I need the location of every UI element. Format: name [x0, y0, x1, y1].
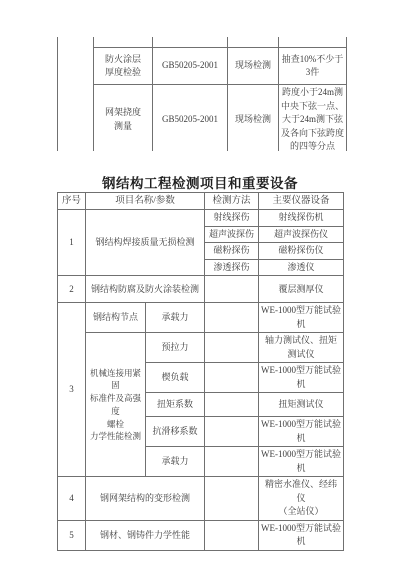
cell-method-empty [205, 363, 259, 393]
cell-param: 承载力 [146, 303, 205, 333]
cell-method: 渗透探伤 [205, 259, 259, 276]
cutoff-cell [153, 37, 228, 48]
cell-equipment: WE-1000型万能试验机 [259, 447, 344, 477]
cell-equipment: 扭矩测试仪 [259, 393, 344, 417]
top-table-cutoff-row [58, 37, 347, 48]
cell-item-name: 钢结构焊接质量无损检测 [86, 210, 205, 276]
header-method: 检测方法 [205, 193, 259, 210]
header-name: 项目名称/参数 [86, 193, 205, 210]
table-row: 1 钢结构焊接质量无损检测 射线探伤 射线探伤机 [58, 210, 344, 227]
cell-method-empty [205, 447, 259, 477]
top-table-empty-col [58, 37, 94, 151]
cell-item-name: 机械连接用紧固 标准件及高强度 螺栓 力学性能检测 [86, 333, 146, 477]
cell-method: 现场检测 [228, 48, 279, 85]
cell-standard: GB50205-2001 [153, 85, 228, 152]
cell-equipment: WE-1000型万能试验机 [259, 303, 344, 333]
header-no: 序号 [58, 193, 86, 210]
cell-method-empty [205, 333, 259, 363]
cell-standard: GB50205-2001 [153, 48, 228, 85]
cell-method: 磁粉探伤 [205, 243, 259, 260]
top-table: 防火涂层 厚度检验 GB50205-2001 现场检测 抽查10%不少于3件 网… [57, 37, 347, 151]
main-table-header-row: 序号 项目名称/参数 检测方法 主要仪器设备 [58, 193, 344, 210]
cell-item-name: 钢结构防腐及防火涂装检测 [86, 276, 205, 303]
cutoff-cell [279, 37, 347, 48]
cell-equipment: WE-1000型万能试验机 [259, 520, 344, 550]
cell-equipment: 超声波探伤仪 [259, 226, 344, 243]
top-table-row: 网架挠度 测量 GB50205-2001 现场检测 跨度小于24m测中央下弦一点… [58, 85, 347, 152]
cell-method: 超声波探伤 [205, 226, 259, 243]
cell-method-empty [205, 477, 259, 521]
cell-param: 抗滑移系数 [146, 417, 205, 447]
cell-equipment: 射线探伤机 [259, 210, 344, 227]
cell-item-name: 钢结构节点 [86, 303, 146, 333]
cell-equipment: 渗透仪 [259, 259, 344, 276]
cell-param: 预拉力 [146, 333, 205, 363]
cell-no: 1 [58, 210, 86, 276]
cell-no: 4 [58, 477, 86, 521]
cell-note: 跨度小于24m测中央下弦一点、大于24m测下弦及各向下弦跨度的四等分点 [279, 85, 347, 152]
cell-method-empty [205, 417, 259, 447]
cell-equipment: 轴力测试仪、扭矩测试仪 [259, 333, 344, 363]
top-table-row: 防火涂层 厚度检验 GB50205-2001 现场检测 抽查10%不少于3件 [58, 48, 347, 85]
cell-no: 2 [58, 276, 86, 303]
cell-method: 现场检测 [228, 85, 279, 152]
page-title: 钢结构工程检测项目和重要设备 [57, 172, 343, 192]
table-row: 机械连接用紧固 标准件及高强度 螺栓 力学性能检测 预拉力 轴力测试仪、扭矩测试… [58, 333, 344, 363]
main-table-region: 序号 项目名称/参数 检测方法 主要仪器设备 1 钢结构焊接质量无损检测 射线探… [57, 192, 344, 551]
cell-equipment: WE-1000型万能试验机 [259, 417, 344, 447]
cell-param: 楔负载 [146, 363, 205, 393]
table-row: 2 钢结构防腐及防火涂装检测 覆层测厚仪 [58, 276, 344, 303]
table-row: 4 钢网架结构的变形检测 精密水准仪、经纬仪 （全站仪） [58, 477, 344, 521]
cell-method-empty [205, 393, 259, 417]
table-row: 5 钢材、钢铸件力学性能 WE-1000型万能试验机 [58, 520, 344, 550]
table-row: 3 钢结构节点 承载力 WE-1000型万能试验机 [58, 303, 344, 333]
cell-equipment: 覆层测厚仪 [259, 276, 344, 303]
cell-method-empty [205, 276, 259, 303]
top-table-clip-region: 防火涂层 厚度检验 GB50205-2001 现场检测 抽查10%不少于3件 网… [57, 37, 349, 151]
cutoff-cell [94, 37, 153, 48]
cell-method-empty [205, 303, 259, 333]
cell-param: 承载力 [146, 447, 205, 477]
cell-item-name: 防火涂层 厚度检验 [94, 48, 153, 85]
cell-param: 扭矩系数 [146, 393, 205, 417]
cell-note: 抽查10%不少于3件 [279, 48, 347, 85]
cell-item-name: 网架挠度 测量 [94, 85, 153, 152]
cell-method: 射线探伤 [205, 210, 259, 227]
cell-equipment: WE-1000型万能试验机 [259, 363, 344, 393]
cell-no: 5 [58, 520, 86, 550]
cell-method-empty [205, 520, 259, 550]
cell-equipment: 磁粉探伤仪 [259, 243, 344, 260]
main-table: 序号 项目名称/参数 检测方法 主要仪器设备 1 钢结构焊接质量无损检测 射线探… [57, 192, 344, 551]
cutoff-cell [228, 37, 279, 48]
cell-item-name: 钢材、钢铸件力学性能 [86, 520, 205, 550]
cell-item-name: 钢网架结构的变形检测 [86, 477, 205, 521]
cell-no: 3 [58, 303, 86, 477]
header-equipment: 主要仪器设备 [259, 193, 344, 210]
cell-equipment: 精密水准仪、经纬仪 （全站仪） [259, 477, 344, 521]
